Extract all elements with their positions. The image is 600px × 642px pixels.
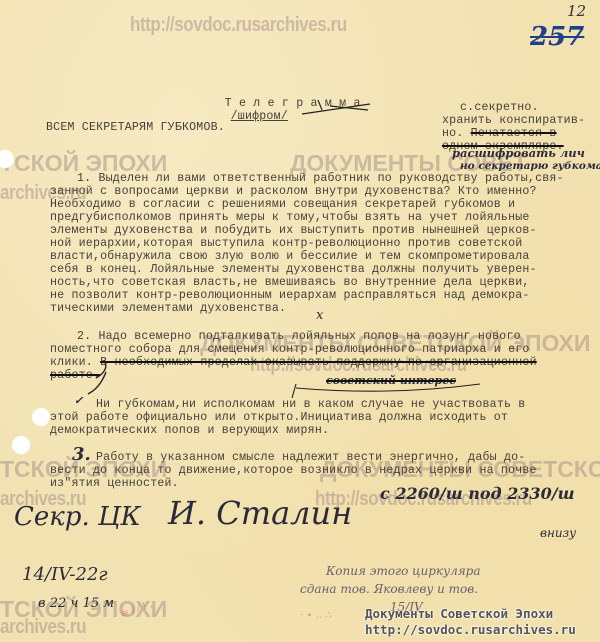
punch-hole: [12, 436, 30, 454]
document-page: http://sovdoc.rusarchives.ru ТСКОЙ ЭПОХИ…: [0, 0, 600, 642]
cross-mark-icon: x: [316, 308, 323, 323]
sent-time: в 22 ч 15 м: [38, 596, 114, 611]
check-mark-icon: ✓: [74, 394, 83, 407]
watermark-url-top: http://sovdoc.rusarchives.ru: [130, 14, 347, 37]
ink-mark-icon: [300, 98, 380, 118]
copy-note-2: сдана тов. Яковлеву и тов.: [300, 582, 478, 596]
stamp-mark: · ∙ ‥ ∴: [300, 610, 332, 621]
cipher-mode: /шифром/: [231, 110, 288, 123]
addressee: ВСЕМ СЕКРЕТАРЯМ ГУБКОМОВ.: [46, 121, 225, 134]
watermark-url-left-3: archives.ru: [0, 616, 86, 639]
secrecy-level: с.секретно.: [460, 101, 539, 114]
signature-role: Секр. ЦК: [14, 502, 141, 532]
sheet-number: 12: [567, 2, 586, 20]
secrecy-instruction: хранить конспиратив-: [442, 114, 585, 127]
handwritten-number: 3.: [72, 444, 91, 465]
struck-text: Печатается в: [471, 127, 557, 140]
archive-footer-title: Документы Советской Эпохи: [365, 606, 553, 621]
secrecy-instruction-2: но. Печатается в: [442, 127, 557, 140]
old-sheet-number: 257: [530, 22, 584, 52]
handwritten-decrypt-note-2: но секретарю губкома: [460, 160, 600, 172]
struck-text: В необходимых пределах оказывать поддерж…: [100, 356, 537, 369]
handwritten-decrypt-note: расшифровать лич: [452, 146, 585, 160]
archive-footer-url[interactable]: http://sovdoc.rusarchives.ru: [365, 622, 576, 637]
cipher-note: внизу: [540, 526, 576, 540]
bracket-mark-icon: [80, 358, 120, 398]
punch-hole: [32, 408, 50, 426]
signature: И. Сталин: [168, 494, 352, 532]
date: 14/IV-22г: [22, 564, 108, 585]
copy-note: Копия этого циркуляра: [326, 564, 481, 578]
cipher-reference: с 2260/ш под 2330/ш: [380, 484, 575, 503]
